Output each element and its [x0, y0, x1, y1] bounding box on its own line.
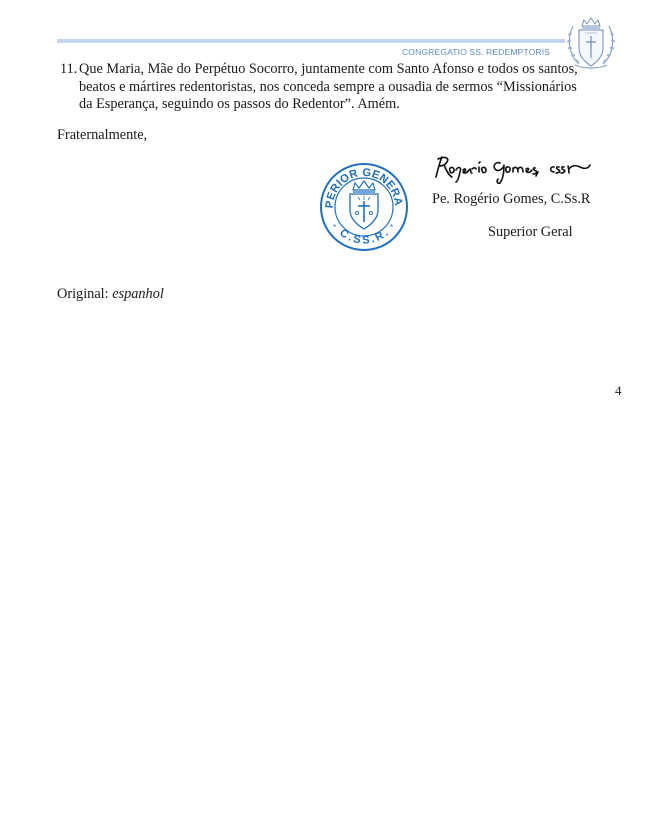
header-rule — [57, 39, 565, 43]
signer-name: Pe. Rogério Gomes, C.Ss.R — [432, 191, 590, 208]
svg-text:C.SS.R.: C.SS.R. — [337, 227, 391, 247]
original-language: espanhol — [112, 286, 164, 302]
handwritten-signature: Rogério Gomes, cssr — [432, 153, 594, 185]
official-seal-icon: SUPERIOR GENERALIS C.SS.R. * * — [319, 162, 409, 252]
svg-text:*: * — [390, 223, 393, 232]
list-item-number: 11. — [60, 61, 77, 79]
signer-title: Superior Geral — [488, 224, 573, 241]
original-label: Original: — [57, 286, 112, 302]
original-language-note: Original: espanhol — [57, 286, 164, 303]
header-org-name: CONGREGATIO SS. REDEMPTORIS — [402, 47, 550, 57]
prayer-item-11: 11. Que Maria, Mãe do Perpétuo Socorro, … — [57, 61, 597, 114]
page-number: 4 — [615, 383, 622, 399]
closing-salutation: Fraternalmente, — [57, 127, 147, 144]
paragraph-line: Que Maria, Mãe do Perpétuo Socorro, junt… — [79, 61, 597, 79]
svg-text:*: * — [333, 223, 336, 232]
paragraph-line: beatos e mártires redentoristas, nos con… — [79, 79, 597, 97]
paragraph-line: da Esperança, seguindo os passos do Rede… — [79, 96, 597, 114]
